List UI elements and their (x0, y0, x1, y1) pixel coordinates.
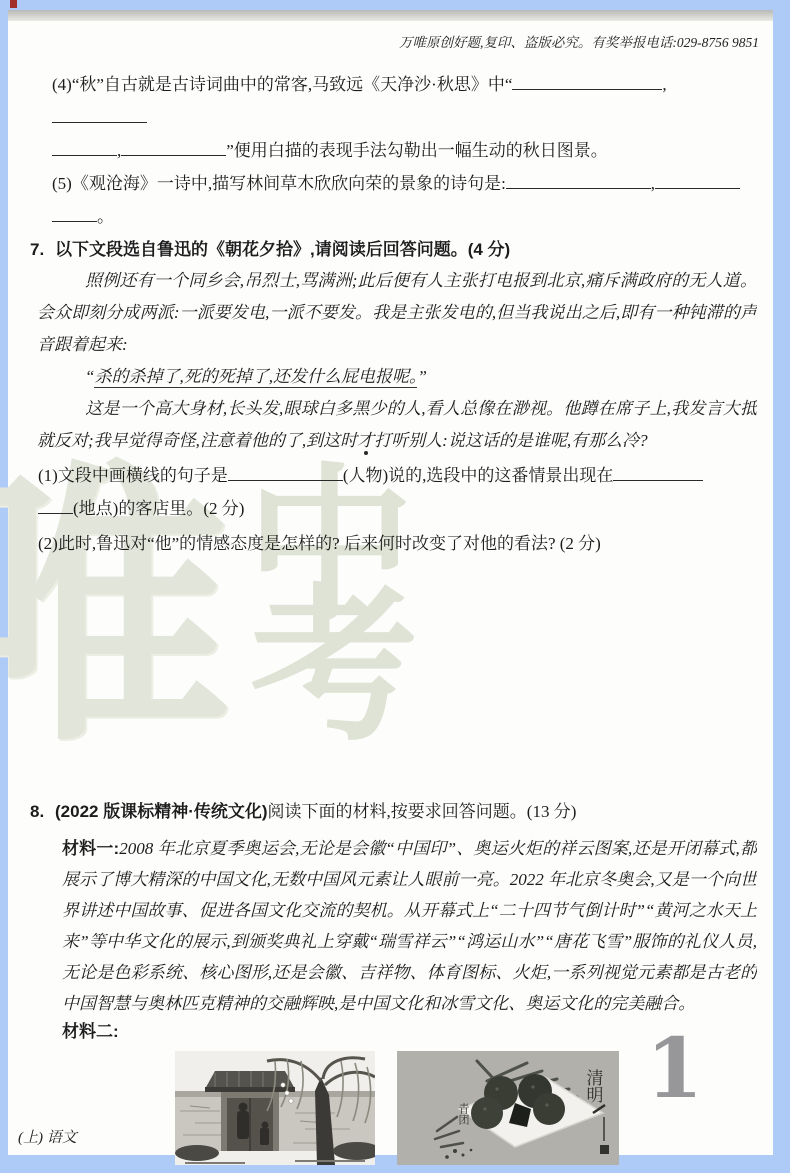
question-7-title: 7.以下文段选自鲁迅的《朝花夕拾》,请阅读后回答问题。(4 分) (30, 237, 757, 263)
answer-blank (52, 141, 117, 156)
question-4-text: (4)“秋”自古就是古诗词曲中的常客,马致远《天净沙·秋思》中“ (52, 75, 512, 94)
question-8-tag: (2022 版课标精神·传统文化) (55, 802, 268, 821)
answer-blank (506, 174, 651, 189)
question-7-excerpt-paragraph-2: 这是一个高大身材,长头发,眼球白多黑少的人,看人总像在渺视。他蹲在席子上,我发言… (37, 393, 757, 457)
excerpt-text-1: 照例还有一个同乡会,吊烈士,骂满洲;此后便有人主张打电报到北京,痛斥满政府的无人… (37, 271, 757, 354)
red-corner-mark (10, 0, 17, 8)
answer-blank (52, 207, 97, 222)
qingming-caption: 清明 (584, 1069, 604, 1104)
underlined-sentence: 杀的杀掉了,死的死掉了,还发什么屁电报呢。 (94, 367, 417, 388)
answer-blank (38, 499, 73, 514)
courtyard-gate-willow-illustration (175, 1051, 375, 1165)
separator-comma: , (662, 75, 666, 94)
answer-blank (228, 466, 343, 481)
answer-blank (52, 108, 147, 123)
question-7-title-text: 以下文段选自鲁迅的《朝花夕拾》,请阅读后回答问题。(4 分) (55, 240, 510, 259)
answer-blank (512, 75, 662, 90)
answer-blank (613, 466, 703, 481)
sub-question-1-text-3: (地点)的客店里。(2 分) (73, 499, 244, 518)
question-5-line-1: (5)《观沧海》一诗中,描写林间草木欣欣向荣的景象的诗句是:, (52, 167, 757, 200)
sub-question-1-text-2: (人物)说的,选段中的这番情景出现在 (343, 466, 614, 485)
answer-blank (121, 141, 226, 156)
material-1-label: 材料一: (62, 839, 119, 858)
question-7-number: 7. (30, 237, 55, 263)
question-4-line-1: (4)“秋”自古就是古诗词曲中的常客,马致远《天净沙·秋思》中“, (52, 68, 757, 134)
question-8-title: 8.(2022 版课标精神·传统文化)阅读下面的材料,按要求回答问题。(13 分… (30, 799, 757, 825)
sub-question-1-text: (1)文段中画横线的句子是 (38, 466, 228, 485)
question-4-5-block: (4)“秋”自古就是古诗词曲中的常客,马致远《天净沙·秋思》中“, ,”便用白描… (52, 68, 757, 233)
question-4-line-2: ,”便用白描的表现手法勾勒出一幅生动的秋日图景。 (52, 134, 757, 167)
question-5-text: (5)《观沧海》一诗中,描写林间草木欣欣向荣的景象的诗句是: (52, 174, 506, 193)
material-2-label: 材料二: (62, 1022, 119, 1041)
book-footer-label: (上) 语文 (18, 1126, 77, 1147)
question-7-underlined-quote: “杀的杀掉了,死的死掉了,还发什么屁电报呢。” (85, 361, 757, 393)
period-mark: 。 (97, 207, 114, 226)
paper-sheet: 唯 中 考 万唯原创好题,复印、盗版必究。有奖举报电话:029-8756 985… (8, 10, 773, 1155)
scan-edge-artifact (8, 10, 773, 21)
question-7-excerpt-paragraph-1: 照例还有一个同乡会,吊烈士,骂满洲;此后便有人主张打电报到北京,痛斥满政府的无人… (37, 265, 757, 361)
question-5-line-2: 。 (52, 200, 757, 233)
material-1-paragraph: 材料一:2008 年北京夏季奥运会,无论是会徽“中国印”、奥运火炬的祥云图案,还… (62, 833, 757, 1019)
qingtuan-caption: 青团 (457, 1102, 470, 1125)
question-7-sub-1: (1)文段中画横线的句子是(人物)说的,选段中的这番情景出现在 (地点)的客店里… (38, 459, 757, 525)
excerpt-text-3: 打听别人:说这话的是谁呢,有那么冷? (374, 431, 647, 450)
question-7-sub-2: (2)此时,鲁迅对“他”的情感态度是怎样的? 后来何时改变了对他的看法? (2 … (38, 527, 757, 560)
page-number: 1 (646, 1028, 703, 1110)
scanned-exam-page: 唯 中 考 万唯原创好题,复印、盗版必究。有奖举报电话:029-8756 985… (0, 0, 790, 1173)
question-4-suffix: ”便用白描的表现手法勾勒出一幅生动的秋日图景。 (226, 141, 608, 160)
qingtuan-qingming-illustration: 清明 青团 (397, 1051, 619, 1165)
question-8-number: 8. (30, 799, 55, 825)
emphasized-char: 才 (357, 431, 374, 450)
question-8-title-text: 阅读下面的材料,按要求回答问题。(13 分) (268, 802, 577, 821)
answer-blank (655, 174, 740, 189)
copyright-notice: 万唯原创好题,复印、盗版必究。有奖举报电话:029-8756 9851 (8, 34, 773, 52)
material-1-text: 2008 年北京夏季奥运会,无论是会徽“中国印”、奥运火炬的祥云图案,还是开闭幕… (62, 839, 757, 1013)
quote-close-mark: ” (417, 367, 426, 386)
